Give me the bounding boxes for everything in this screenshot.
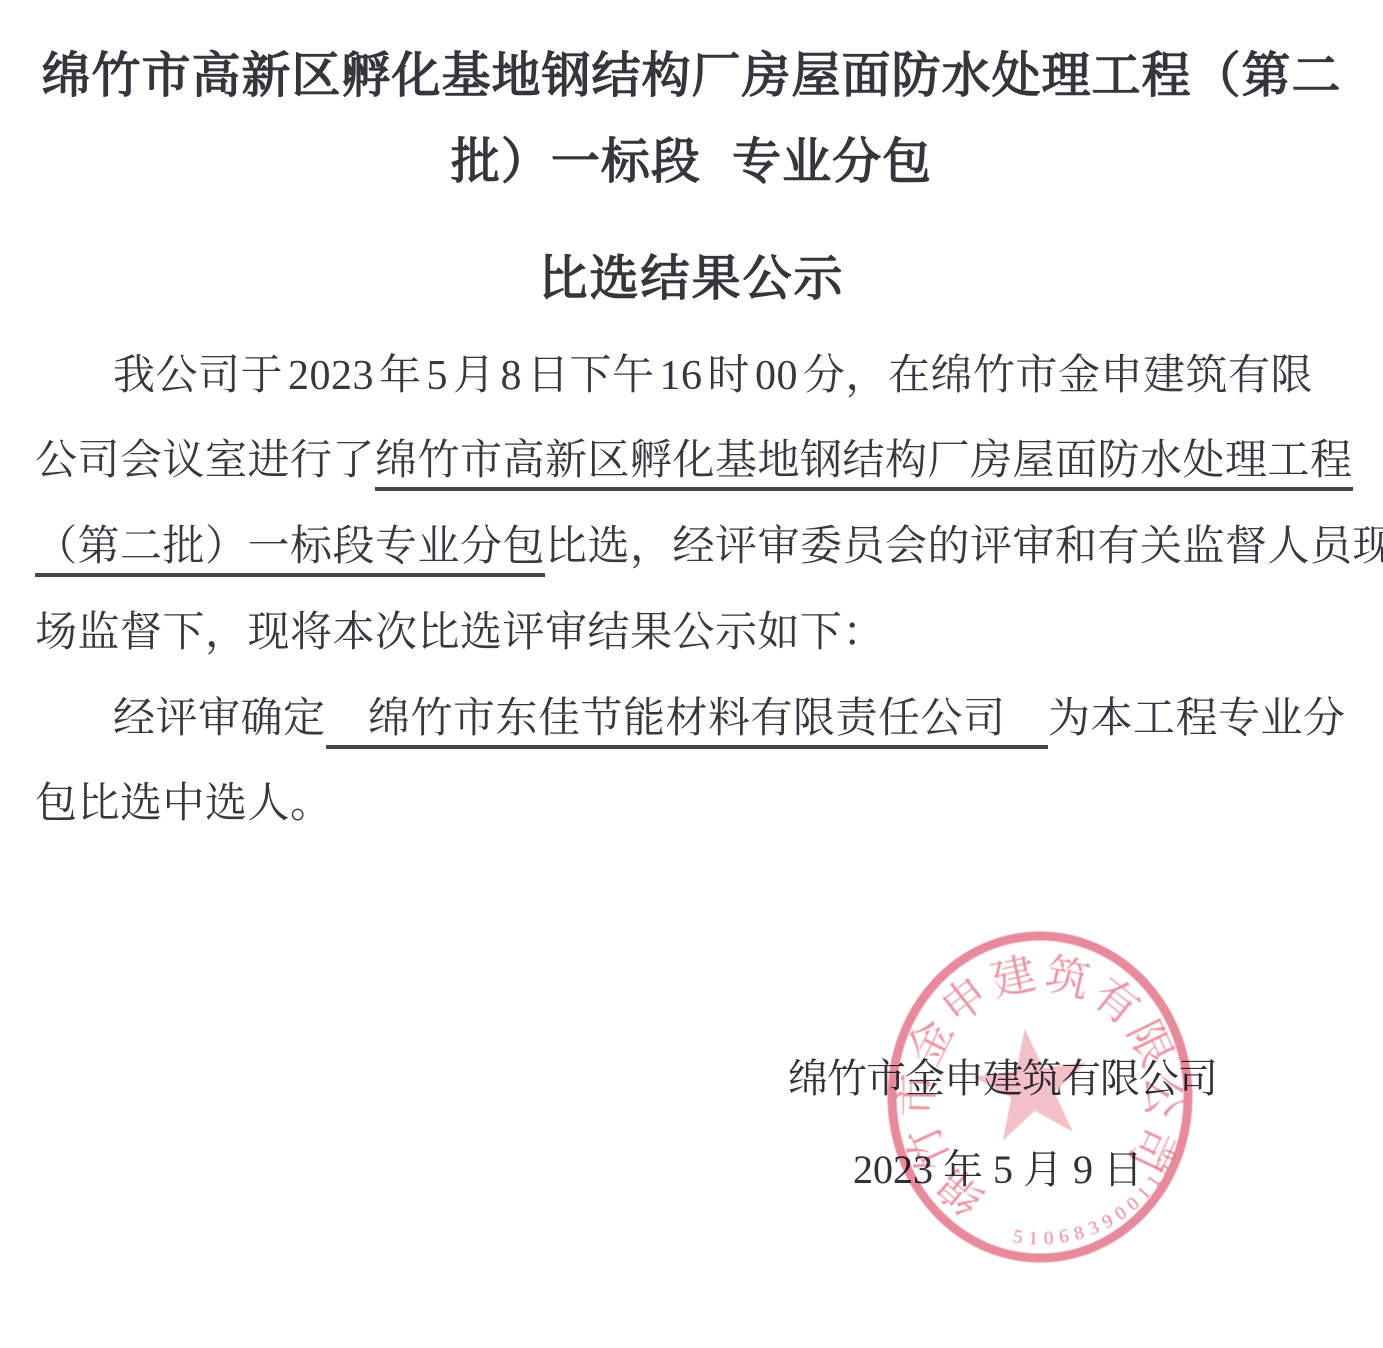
seal-ring-char: 公 — [1137, 1074, 1186, 1118]
company-seal: 绵竹市金申建筑有限公司 5106839001150 — [855, 925, 1200, 1285]
document-subtitle: 比选结果公示 — [0, 251, 1383, 307]
body-text: 包比选中选人。 — [35, 781, 333, 827]
seal-ring-char: 筑 — [1040, 949, 1094, 1007]
underlined-text: 绵竹市东佳节能材料有限责任公司 — [326, 696, 1049, 749]
body-line: 包比选中选人。 — [35, 780, 333, 830]
document-title-line-1: 绵竹市高新区孵化基地钢结构厂房屋面防水处理工程（第二 — [0, 48, 1383, 104]
seal-star-icon — [973, 1028, 1086, 1140]
seal-number-char: 6 — [1058, 1226, 1071, 1248]
body-line: 场监督下，现将本次比选评审结果公示如下： — [35, 609, 885, 659]
seal-number-char: 1 — [1028, 1228, 1039, 1249]
seal-number-char: 3 — [1085, 1217, 1102, 1240]
body-text: 为本工程专业分 — [1048, 696, 1346, 742]
seal-number-char: 0 — [1043, 1228, 1054, 1250]
seal-ring-char: 市 — [893, 1072, 943, 1117]
body-text: 我公司于 2023 年 5 月 8 日下午 16 时 00 分，在绵竹市金申建筑… — [113, 353, 1313, 399]
body-line: 经评审确定 绵竹市东佳节能材料有限责任公司 为本工程专业分 — [35, 695, 1346, 745]
body-line: 公司会议室进行了绵竹市高新区孵化基地钢结构厂房屋面防水处理工程 — [35, 437, 1353, 487]
body-text: 经评审确定 — [113, 696, 326, 742]
body-text: 比选，经评审委员会的评审和有关监督人员现 — [545, 524, 1383, 570]
document-title-line-2: 批）一标段 专业分包 — [0, 134, 1383, 190]
five-pointed-star-icon — [973, 1028, 1086, 1140]
seal-number-char: 8 — [1072, 1222, 1087, 1245]
seal-number-char: 5 — [1011, 1226, 1024, 1248]
seal-ring-char: 建 — [987, 949, 1041, 1006]
body-line: （第二批）一标段专业分包比选，经评审委员会的评审和有关监督人员现 — [35, 523, 1383, 573]
seal-graphic: 绵竹市金申建筑有限公司 5106839001150 — [855, 925, 1200, 1285]
body-text: 场监督下，现将本次比选评审结果公示如下： — [35, 610, 885, 656]
underlined-text: （第二批）一标段专业分包 — [35, 524, 545, 577]
underlined-text: 绵竹市高新区孵化基地钢结构厂房屋面防水处理工程 — [375, 438, 1353, 491]
document-page: 绵竹市高新区孵化基地钢结构厂房屋面防水处理工程（第二 批）一标段 专业分包 比选… — [0, 0, 1383, 1348]
body-text: 公司会议室进行了 — [35, 438, 375, 484]
body-line: 我公司于 2023 年 5 月 8 日下午 16 时 00 分，在绵竹市金申建筑… — [35, 352, 1313, 402]
